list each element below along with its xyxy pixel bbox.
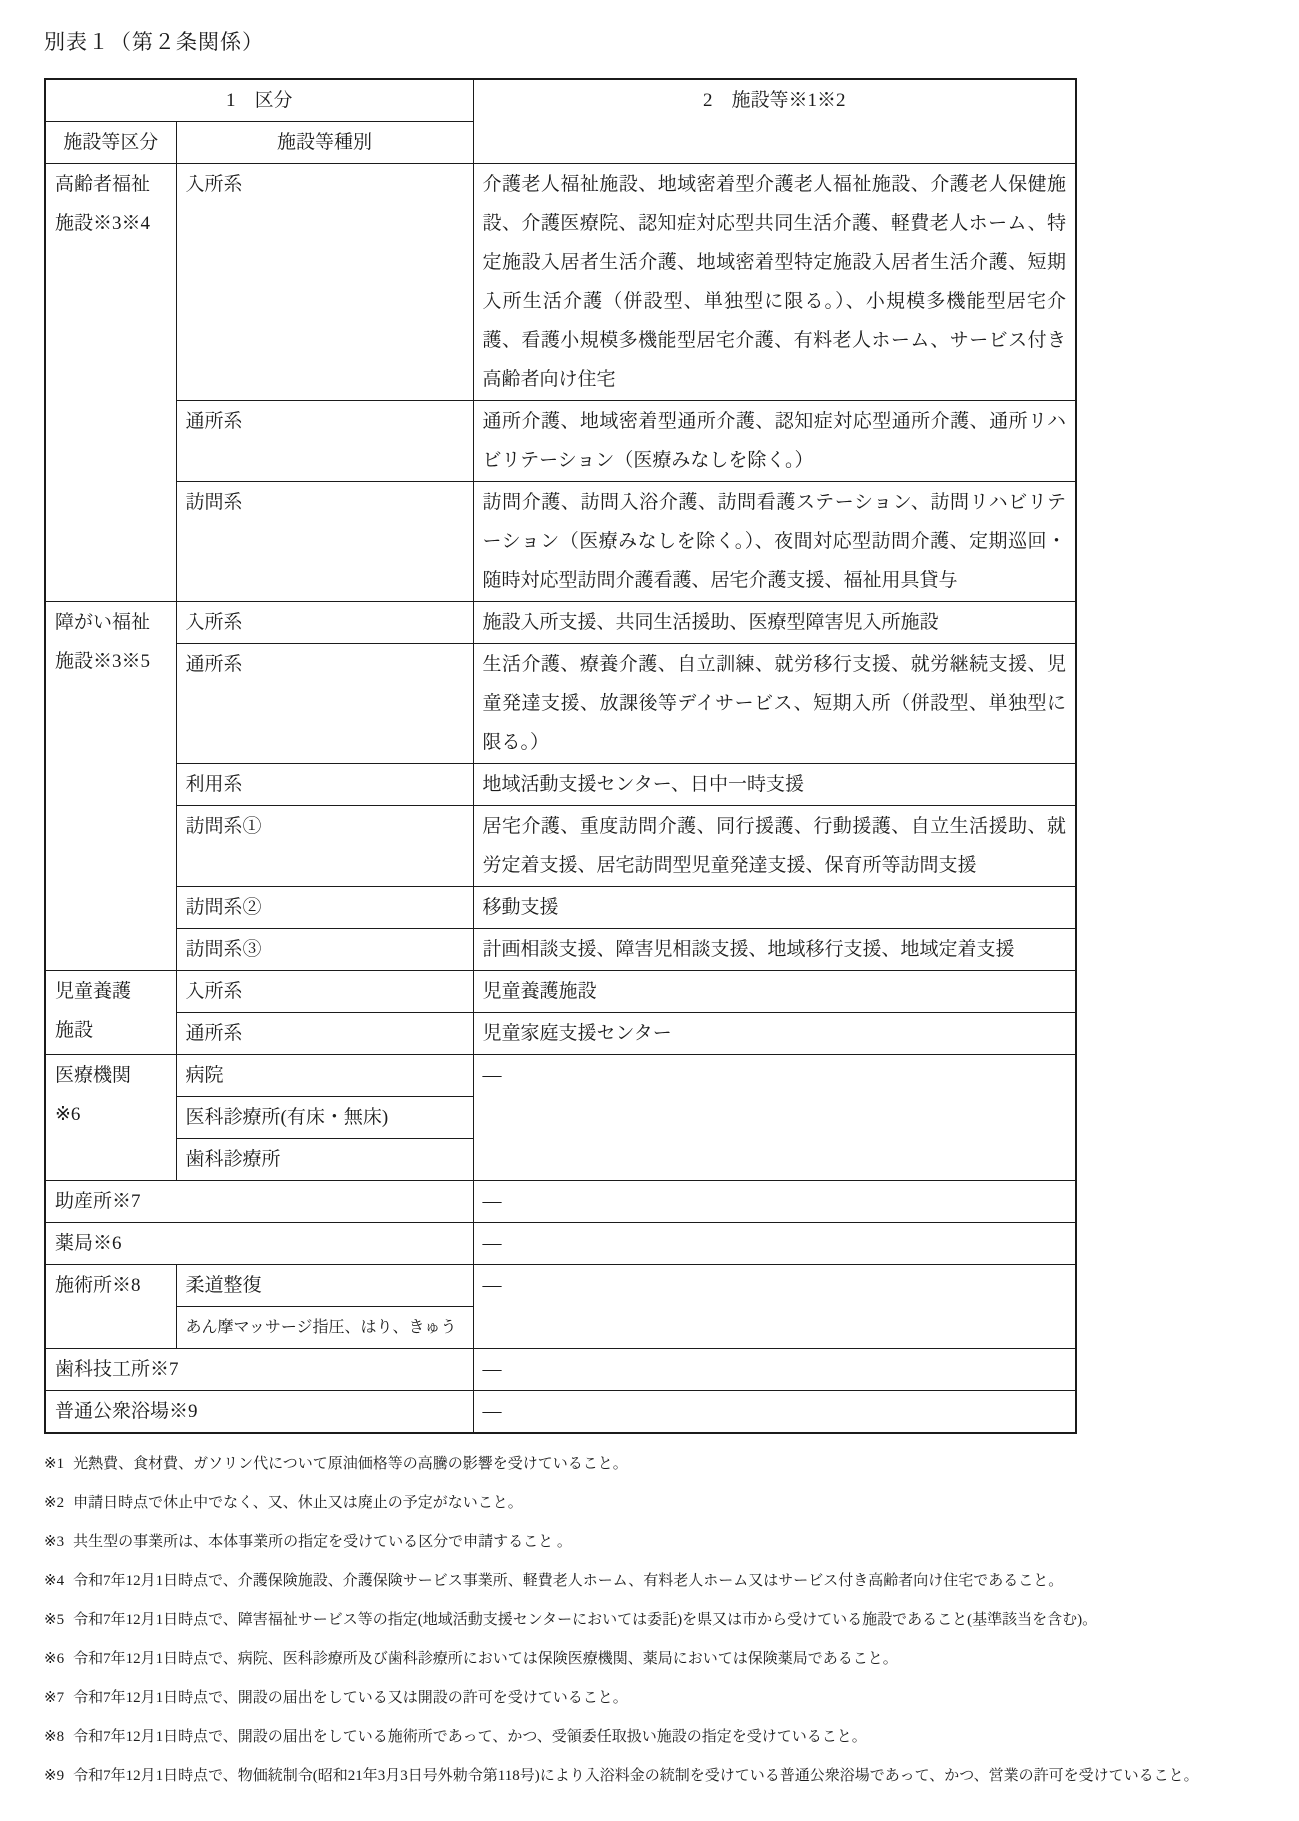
footnote: ※3 共生型の事業所は、本体事業所の指定を受けている区分で申請すること 。 bbox=[44, 1528, 1279, 1557]
facilities-cell: ― bbox=[473, 1223, 1076, 1265]
table-row: 訪問系② 移動支援 bbox=[45, 887, 1076, 929]
type-cell: 入所系 bbox=[176, 971, 473, 1013]
category-cell: 医療機関 ※6 bbox=[45, 1055, 176, 1181]
type-cell: 訪問系② bbox=[176, 887, 473, 929]
footnote-text: 令和7年12月1日時点で、病院、医科診療所及び歯科診療所においては保険医療機関、… bbox=[73, 1645, 1279, 1674]
category-cell: 施術所※8 bbox=[45, 1265, 176, 1349]
type-cell: 通所系 bbox=[176, 1013, 473, 1055]
type-cell: あん摩マッサージ指圧、はり、きゅう bbox=[176, 1307, 473, 1349]
facility-classification-table: 1 区分 2 施設等※1※2 施設等区分 施設等種別 高齢者福祉 施設※3※4 … bbox=[44, 78, 1077, 1434]
footnote: ※5 令和7年12月1日時点で、障害福祉サービス等の指定(地域活動支援センターに… bbox=[44, 1606, 1279, 1635]
table-row: 医療機関 ※6 病院 ― bbox=[45, 1055, 1076, 1097]
type-cell: 通所系 bbox=[176, 401, 473, 482]
header-facilities-cell: 2 施設等※1※2 bbox=[473, 79, 1076, 164]
footnote-marker: ※1 bbox=[44, 1450, 64, 1479]
category-cell: 助産所※7 bbox=[45, 1181, 473, 1223]
footnote-text: 申請日時点で休止中でなく、又、休止又は廃止の予定がないこと。 bbox=[73, 1489, 1279, 1518]
type-cell: 訪問系 bbox=[176, 482, 473, 602]
facilities-cell: 施設入所支援、共同生活援助、医療型障害児入所施設 bbox=[473, 602, 1076, 644]
footnote-marker: ※2 bbox=[44, 1489, 64, 1518]
footnote-marker: ※6 bbox=[44, 1645, 64, 1674]
table-row: 助産所※7 ― bbox=[45, 1181, 1076, 1223]
facilities-cell: ― bbox=[473, 1055, 1076, 1181]
table-row: 普通公衆浴場※9 ― bbox=[45, 1391, 1076, 1434]
table-row: 高齢者福祉 施設※3※4 入所系 介護老人福祉施設、地域密着型介護老人福祉施設、… bbox=[45, 164, 1076, 401]
facilities-cell: 移動支援 bbox=[473, 887, 1076, 929]
facilities-cell: ― bbox=[473, 1265, 1076, 1349]
type-cell: 病院 bbox=[176, 1055, 473, 1097]
table-row: 施術所※8 柔道整復 ― bbox=[45, 1265, 1076, 1307]
footnote: ※6 令和7年12月1日時点で、病院、医科診療所及び歯科診療所においては保険医療… bbox=[44, 1645, 1279, 1674]
footnote-text: 令和7年12月1日時点で、障害福祉サービス等の指定(地域活動支援センターにおいて… bbox=[73, 1606, 1279, 1635]
facilities-cell: ― bbox=[473, 1181, 1076, 1223]
facilities-cell: 児童家庭支援センター bbox=[473, 1013, 1076, 1055]
document-page: { "colors": { "text": "#1b1b1b", "border… bbox=[0, 0, 1299, 1821]
table-row: 訪問系 訪問介護、訪問入浴介護、訪問看護ステーション、訪問リハビリテーション（医… bbox=[45, 482, 1076, 602]
header-division-cell: 1 区分 bbox=[45, 79, 473, 122]
facilities-cell: ― bbox=[473, 1391, 1076, 1434]
footnote: ※9 令和7年12月1日時点で、物価統制令(昭和21年3月3日号外勅令第118号… bbox=[44, 1762, 1279, 1791]
footnote-marker: ※7 bbox=[44, 1684, 64, 1713]
footnote: ※4 令和7年12月1日時点で、介護保険施設、介護保険サービス事業所、軽費老人ホ… bbox=[44, 1567, 1279, 1596]
table-row: 薬局※6 ― bbox=[45, 1223, 1076, 1265]
facilities-cell: 計画相談支援、障害児相談支援、地域移行支援、地域定着支援 bbox=[473, 929, 1076, 971]
footnote-marker: ※5 bbox=[44, 1606, 64, 1635]
type-cell: 通所系 bbox=[176, 644, 473, 764]
footnote-marker: ※8 bbox=[44, 1723, 64, 1752]
footnote-text: 光熱費、食材費、ガソリン代について原油価格等の高騰の影響を受けていること。 bbox=[73, 1450, 1279, 1479]
type-cell: 入所系 bbox=[176, 602, 473, 644]
footnote-text: 令和7年12月1日時点で、開設の届出をしている施術所であって、かつ、受領委任取扱… bbox=[73, 1723, 1279, 1752]
footnote-text: 令和7年12月1日時点で、開設の届出をしている又は開設の許可を受けていること。 bbox=[73, 1684, 1279, 1713]
footnote-text: 令和7年12月1日時点で、介護保険施設、介護保険サービス事業所、軽費老人ホーム、… bbox=[73, 1567, 1279, 1596]
type-cell: 訪問系① bbox=[176, 806, 473, 887]
footnote-text: 共生型の事業所は、本体事業所の指定を受けている区分で申請すること 。 bbox=[73, 1528, 1279, 1557]
facilities-cell: 訪問介護、訪問入浴介護、訪問看護ステーション、訪問リハビリテーション（医療みなし… bbox=[473, 482, 1076, 602]
table-row: 障がい福祉 施設※3※5 入所系 施設入所支援、共同生活援助、医療型障害児入所施… bbox=[45, 602, 1076, 644]
footnote-marker: ※4 bbox=[44, 1567, 64, 1596]
table-row: 通所系 通所介護、地域密着型通所介護、認知症対応型通所介護、通所リハビリテーショ… bbox=[45, 401, 1076, 482]
footnotes-section: ※1 光熱費、食材費、ガソリン代について原油価格等の高騰の影響を受けていること。… bbox=[44, 1450, 1279, 1791]
footnote-marker: ※9 bbox=[44, 1762, 64, 1791]
facilities-cell: 地域活動支援センター、日中一時支援 bbox=[473, 764, 1076, 806]
footnote: ※7 令和7年12月1日時点で、開設の届出をしている又は開設の許可を受けているこ… bbox=[44, 1684, 1279, 1713]
category-cell: 高齢者福祉 施設※3※4 bbox=[45, 164, 176, 602]
footnote: ※8 令和7年12月1日時点で、開設の届出をしている施術所であって、かつ、受領委… bbox=[44, 1723, 1279, 1752]
facilities-cell: 生活介護、療養介護、自立訓練、就労移行支援、就労継続支援、児童発達支援、放課後等… bbox=[473, 644, 1076, 764]
category-cell: 普通公衆浴場※9 bbox=[45, 1391, 473, 1434]
footnote-marker: ※3 bbox=[44, 1528, 64, 1557]
type-cell: 柔道整復 bbox=[176, 1265, 473, 1307]
category-cell: 薬局※6 bbox=[45, 1223, 473, 1265]
page-title: 別表１（第２条関係） bbox=[44, 26, 1259, 56]
facilities-cell: 介護老人福祉施設、地域密着型介護老人福祉施設、介護老人保健施設、介護医療院、認知… bbox=[473, 164, 1076, 401]
facilities-cell: ― bbox=[473, 1349, 1076, 1391]
header-row-division: 1 区分 2 施設等※1※2 bbox=[45, 79, 1076, 122]
table-row: 通所系 生活介護、療養介護、自立訓練、就労移行支援、就労継続支援、児童発達支援、… bbox=[45, 644, 1076, 764]
table-row: 利用系 地域活動支援センター、日中一時支援 bbox=[45, 764, 1076, 806]
category-cell: 児童養護 施設 bbox=[45, 971, 176, 1055]
type-cell: 歯科診療所 bbox=[176, 1139, 473, 1181]
type-cell: 医科診療所(有床・無床) bbox=[176, 1097, 473, 1139]
header-category-cell: 施設等区分 bbox=[45, 122, 176, 164]
type-cell: 入所系 bbox=[176, 164, 473, 401]
facilities-cell: 児童養護施設 bbox=[473, 971, 1076, 1013]
facilities-cell: 通所介護、地域密着型通所介護、認知症対応型通所介護、通所リハビリテーション（医療… bbox=[473, 401, 1076, 482]
header-type-cell: 施設等種別 bbox=[176, 122, 473, 164]
facilities-cell: 居宅介護、重度訪問介護、同行援護、行動援護、自立生活援助、就労定着支援、居宅訪問… bbox=[473, 806, 1076, 887]
table-row: 訪問系① 居宅介護、重度訪問介護、同行援護、行動援護、自立生活援助、就労定着支援… bbox=[45, 806, 1076, 887]
footnote: ※1 光熱費、食材費、ガソリン代について原油価格等の高騰の影響を受けていること。 bbox=[44, 1450, 1279, 1479]
type-cell: 訪問系③ bbox=[176, 929, 473, 971]
category-cell: 歯科技工所※7 bbox=[45, 1349, 473, 1391]
footnote: ※2 申請日時点で休止中でなく、又、休止又は廃止の予定がないこと。 bbox=[44, 1489, 1279, 1518]
category-cell: 障がい福祉 施設※3※5 bbox=[45, 602, 176, 971]
footnote-text: 令和7年12月1日時点で、物価統制令(昭和21年3月3日号外勅令第118号)によ… bbox=[73, 1762, 1279, 1791]
table-row: 通所系 児童家庭支援センター bbox=[45, 1013, 1076, 1055]
table-row: 児童養護 施設 入所系 児童養護施設 bbox=[45, 971, 1076, 1013]
table-row: 訪問系③ 計画相談支援、障害児相談支援、地域移行支援、地域定着支援 bbox=[45, 929, 1076, 971]
table-row: 歯科技工所※7 ― bbox=[45, 1349, 1076, 1391]
type-cell: 利用系 bbox=[176, 764, 473, 806]
